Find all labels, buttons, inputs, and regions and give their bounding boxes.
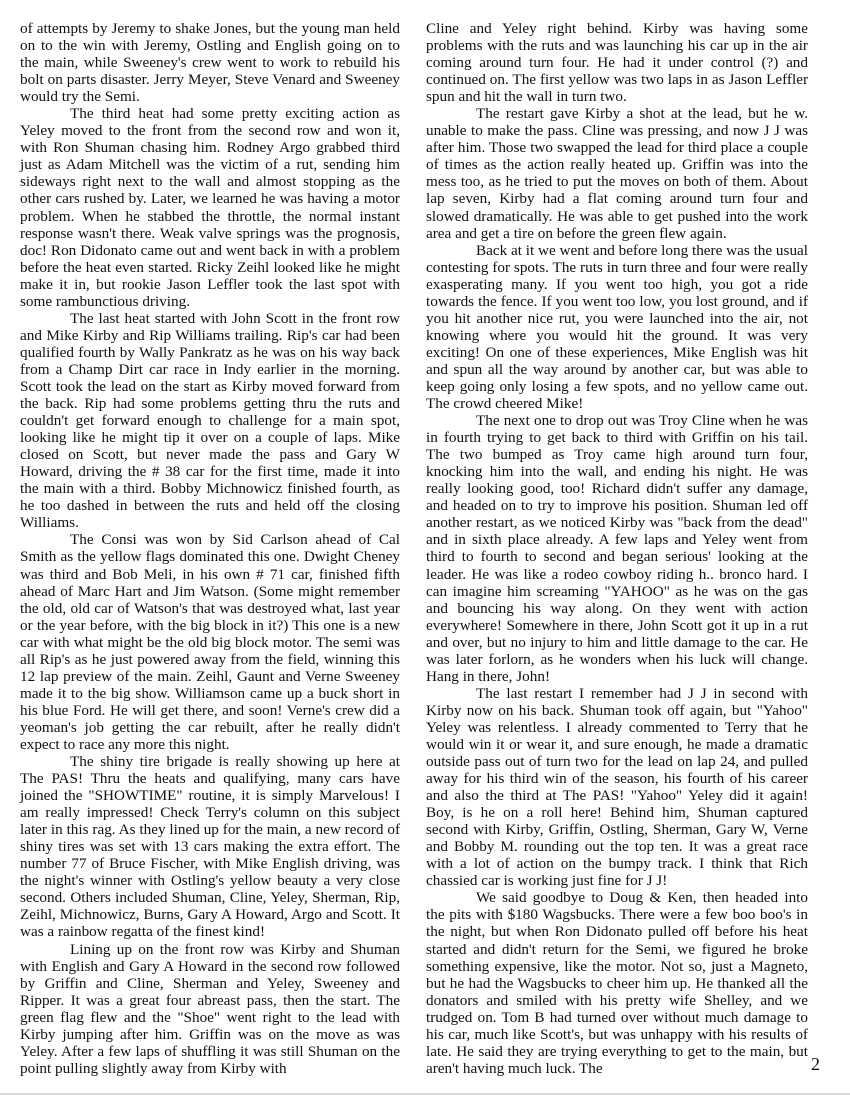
page-number: 2 [811, 1054, 820, 1075]
paragraph: The third heat had some pretty exciting … [20, 105, 400, 310]
paragraph: Back at it we went and before long there… [426, 242, 808, 412]
paragraph: The shiny tire brigade is really showing… [20, 753, 400, 941]
right-column: Cline and Yeley right behind. Kirby was … [426, 20, 808, 1077]
paragraph: The next one to drop out was Troy Cline … [426, 412, 808, 685]
paragraph: The last heat started with John Scott in… [20, 310, 400, 532]
paragraph: Lining up on the front row was Kirby and… [20, 941, 400, 1077]
paragraph: The last restart I remember had J J in s… [426, 685, 808, 890]
paragraph: of attempts by Jeremy to shake Jones, bu… [20, 20, 400, 105]
page-bottom-edge [0, 1093, 850, 1095]
paragraph: We said goodbye to Doug & Ken, then head… [426, 889, 808, 1077]
paragraph: Cline and Yeley right behind. Kirby was … [426, 20, 808, 105]
paragraph: The restart gave Kirby a shot at the lea… [426, 105, 808, 241]
paragraph: The Consi was won by Sid Carlson ahead o… [20, 531, 400, 753]
left-column: of attempts by Jeremy to shake Jones, bu… [20, 20, 400, 1077]
